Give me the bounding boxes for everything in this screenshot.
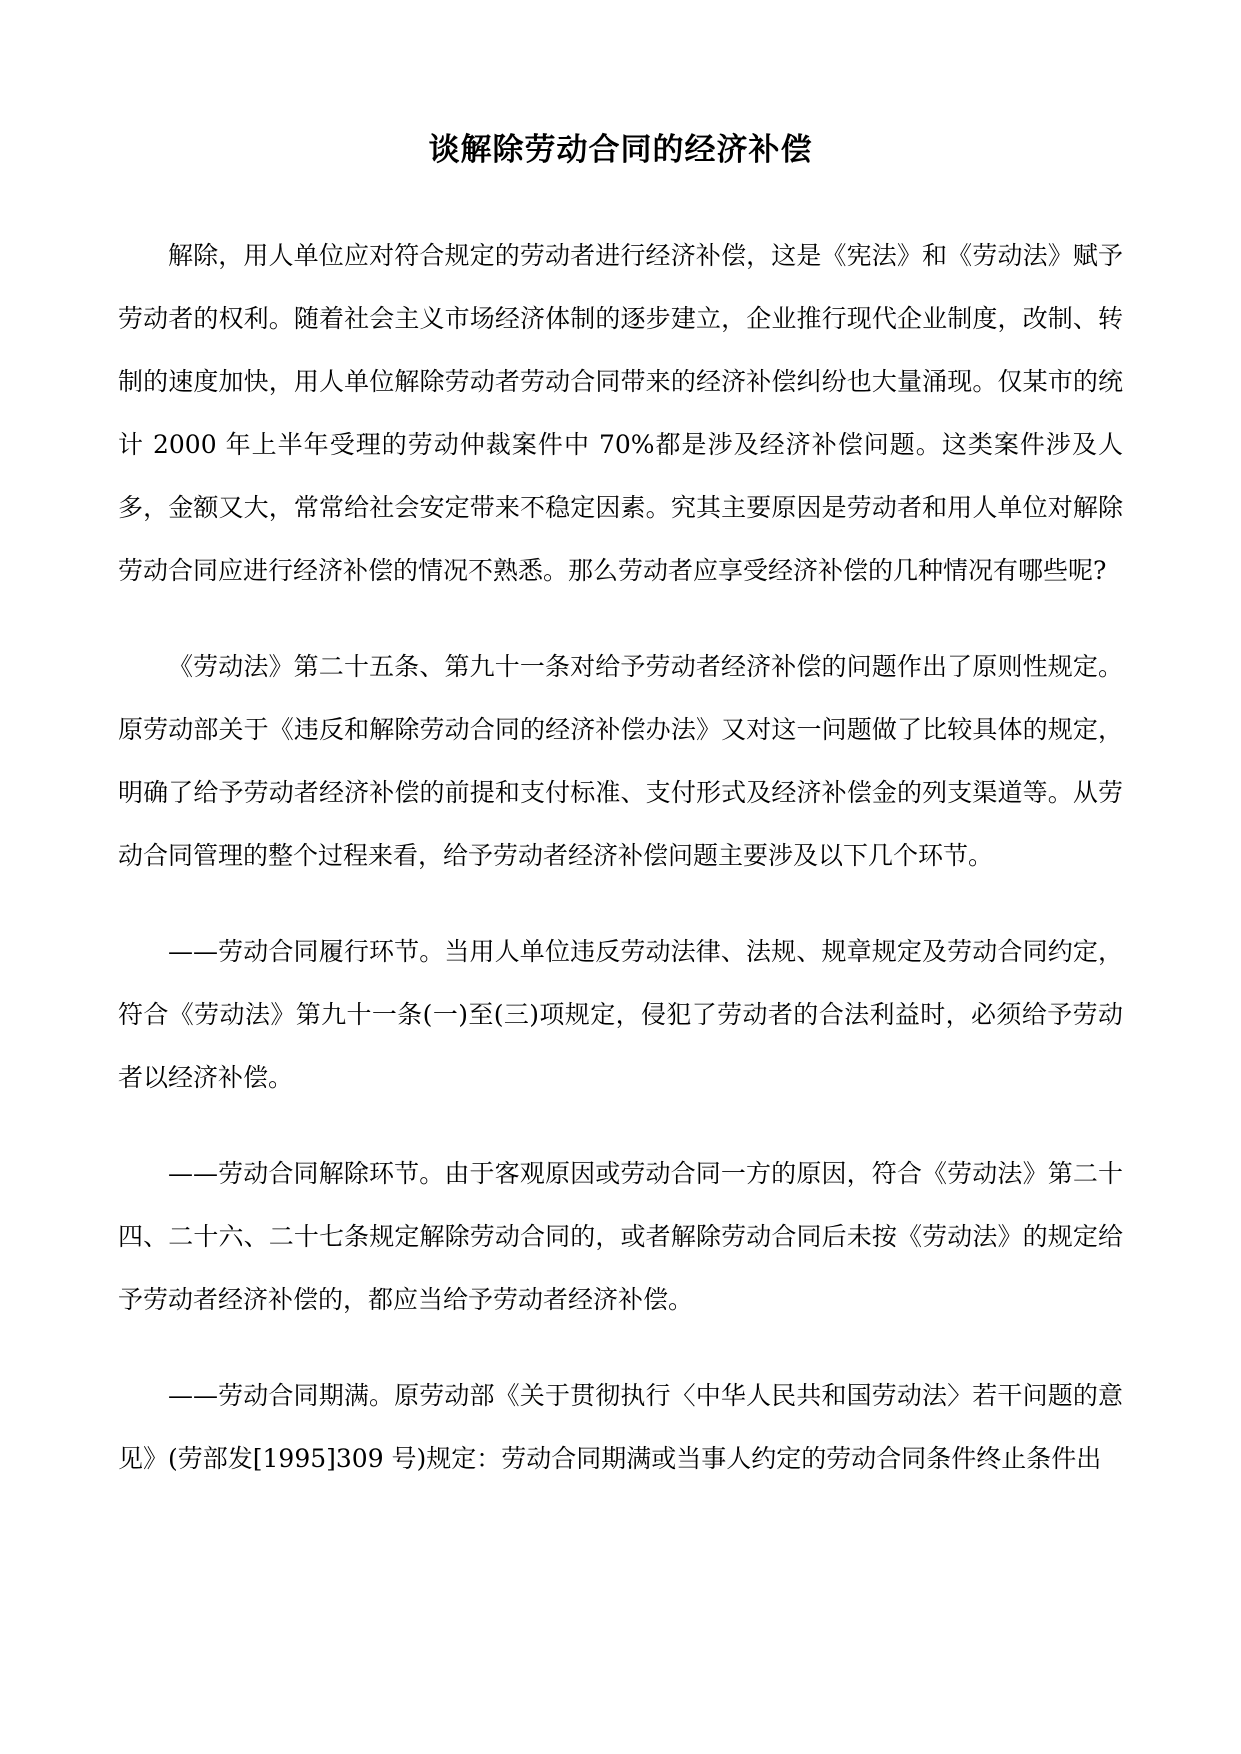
paragraph-legal-basis: 《劳动法》第二十五条、第九十一条对给予劳动者经济补偿的问题作出了原则性规定。原劳… bbox=[118, 635, 1123, 887]
document-page: 谈解除劳动合同的经济补偿 解除，用人单位应对符合规定的劳动者进行经济补偿，这是《… bbox=[0, 0, 1241, 1754]
paragraph-contract-expiry: ——劳动合同期满。原劳动部《关于贯彻执行〈中华人民共和国劳动法〉若干问题的意见》… bbox=[118, 1364, 1123, 1490]
paragraph-intro: 解除，用人单位应对符合规定的劳动者进行经济补偿，这是《宪法》和《劳动法》赋予劳动… bbox=[118, 224, 1123, 602]
paragraph-contract-performance: ——劳动合同履行环节。当用人单位违反劳动法律、法规、规章规定及劳动合同约定，符合… bbox=[118, 920, 1123, 1109]
paragraph-contract-termination: ——劳动合同解除环节。由于客观原因或劳动合同一方的原因，符合《劳动法》第二十四、… bbox=[118, 1142, 1123, 1331]
document-title: 谈解除劳动合同的经济补偿 bbox=[118, 128, 1123, 172]
